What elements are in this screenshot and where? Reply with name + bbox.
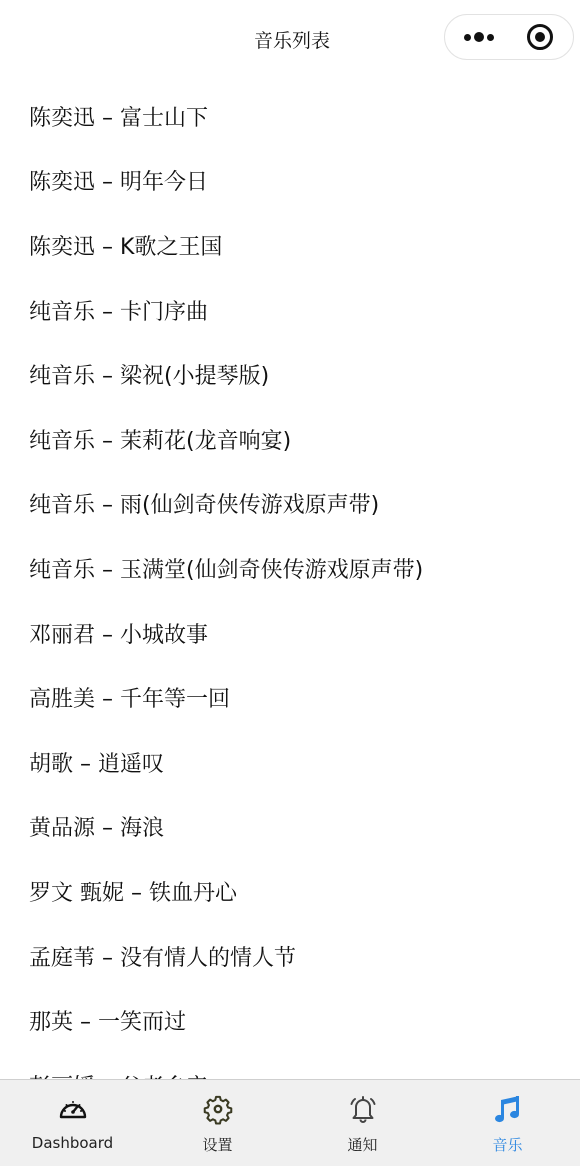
tab-notifications[interactable]: 通知 [290,1080,435,1166]
song-item[interactable]: 纯音乐 – 茉莉花(龙音响宴) [0,407,580,472]
capsule-divider [509,27,510,47]
song-item[interactable]: 纯音乐 – 雨(仙剑奇侠传游戏原声带) [0,472,580,537]
song-list[interactable]: 陈奕迅 – 富士山下 陈奕迅 – 明年今日 陈奕迅 – K歌之王国 纯音乐 – … [0,80,580,1079]
dashboard-gauge-icon [56,1092,90,1126]
bell-icon [346,1092,380,1126]
song-item[interactable]: 黄品源 – 海浪 [0,795,580,860]
capsule-menu [444,14,574,60]
gear-icon [201,1092,235,1126]
tab-settings[interactable]: 设置 [145,1080,290,1166]
song-item[interactable]: 罗文 甄妮 – 铁血丹心 [0,859,580,924]
navigation-bar: 音乐列表 [0,0,580,80]
tab-music[interactable]: 音乐 [435,1080,580,1166]
song-item[interactable]: 胡歌 – 逍遥叹 [0,730,580,795]
tab-label: Dashboard [32,1134,113,1152]
tab-bar: Dashboard 设置 通知 音乐 [0,1079,580,1166]
song-item[interactable]: 孟庭苇 – 没有情人的情人节 [0,924,580,989]
music-note-icon [491,1092,525,1126]
song-item[interactable]: 邓丽君 – 小城故事 [0,601,580,666]
song-item[interactable]: 陈奕迅 – K歌之王国 [0,213,580,278]
song-item[interactable]: 纯音乐 – 玉满堂(仙剑奇侠传游戏原声带) [0,536,580,601]
tab-label: 音乐 [492,1134,522,1155]
more-dots-icon[interactable] [459,15,499,59]
song-item[interactable]: 陈奕迅 – 富士山下 [0,84,580,149]
tab-dashboard[interactable]: Dashboard [0,1080,145,1166]
song-item[interactable]: 那英 – 一笑而过 [0,988,580,1053]
song-item[interactable]: 高胜美 – 千年等一回 [0,665,580,730]
tab-label: 通知 [347,1134,377,1155]
song-item[interactable]: 纯音乐 – 梁祝(小提琴版) [0,342,580,407]
song-item[interactable]: 纯音乐 – 卡门序曲 [0,278,580,343]
target-close-icon[interactable] [527,24,553,50]
tab-label: 设置 [202,1134,232,1155]
song-item[interactable]: 陈奕迅 – 明年今日 [0,149,580,214]
song-item[interactable]: 彭丽媛 – 父老乡亲 [0,1053,580,1079]
